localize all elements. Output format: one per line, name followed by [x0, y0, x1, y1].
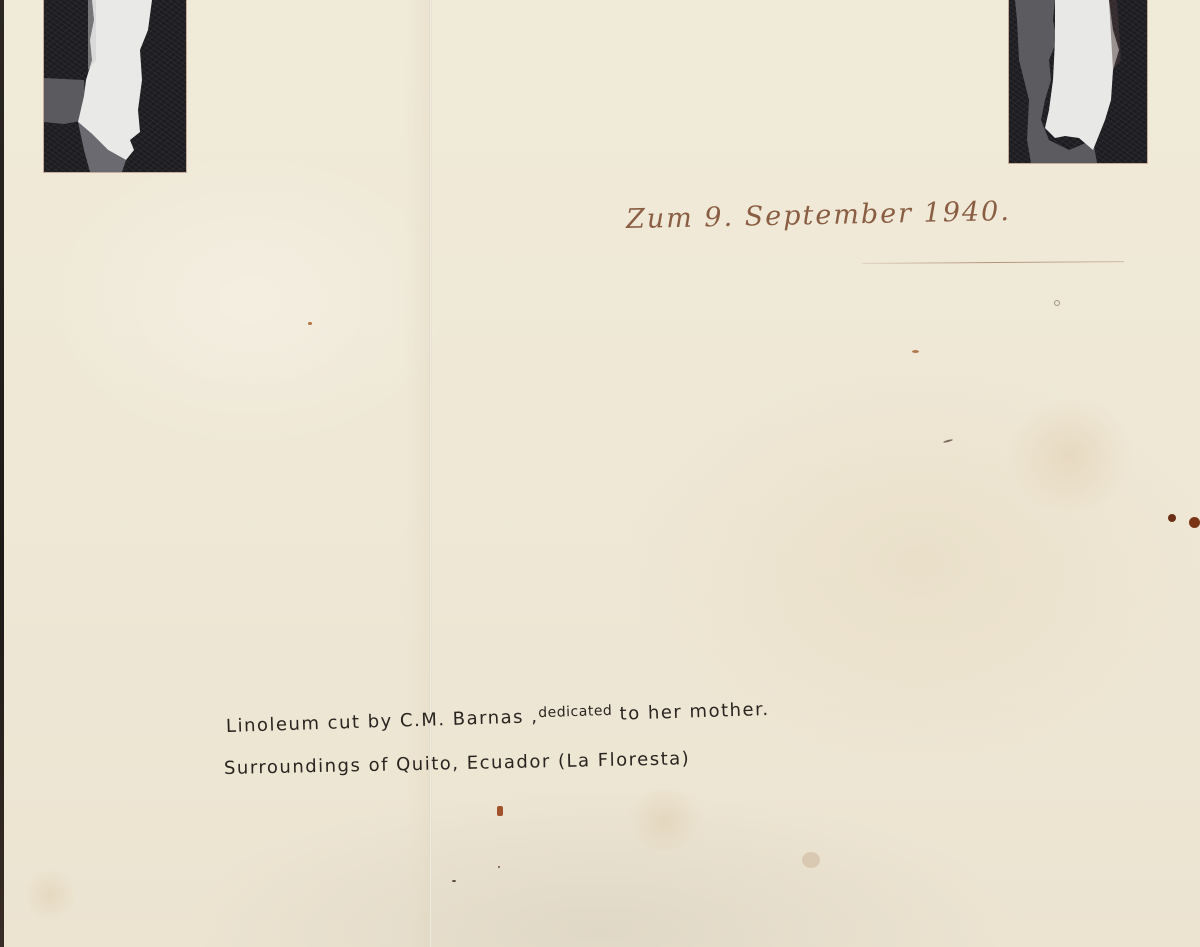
caption-main-text: Linoleum cut by C.M. Barnas ,: [226, 706, 539, 737]
backing-board-edge: [0, 0, 4, 947]
artwork-back-sheet: Zum 9. September 1940. Linoleum cut by C…: [0, 0, 1200, 947]
rust-speck: [912, 350, 919, 353]
fold-shadow: [405, 0, 429, 947]
print-fragment-icon: [1009, 0, 1147, 163]
caption-end-text: to her mother.: [612, 699, 770, 725]
caption-small-text: dedicated: [538, 703, 613, 721]
torn-print-corner-right: [1009, 0, 1147, 163]
ink-stain-spot: [1168, 514, 1176, 522]
dirt-speck: [452, 880, 456, 882]
rust-speck: [308, 322, 312, 325]
dirt-speck: [498, 866, 500, 868]
foxing-spot: [802, 852, 820, 868]
paper-fold-line: [429, 0, 432, 947]
small-ring-mark: [1054, 300, 1060, 306]
ink-stain-spot: [1189, 517, 1200, 528]
caption-line-2: Surroundings of Quito, Ecuador (La Flore…: [224, 748, 691, 779]
rust-speck: [497, 806, 503, 816]
underline-rule: [862, 261, 1124, 264]
foxing-stain: [1000, 400, 1140, 510]
foxing-stain: [20, 870, 80, 920]
print-fragment-icon: [44, 0, 186, 172]
pencil-mark: [943, 439, 953, 444]
caption-line-1: Linoleum cut by C.M. Barnas ,dedicated t…: [226, 699, 770, 737]
foxing-stain: [620, 790, 710, 850]
torn-print-corner-left: [44, 0, 186, 172]
handwritten-date-inscription: Zum 9. September 1940.: [626, 196, 1011, 235]
